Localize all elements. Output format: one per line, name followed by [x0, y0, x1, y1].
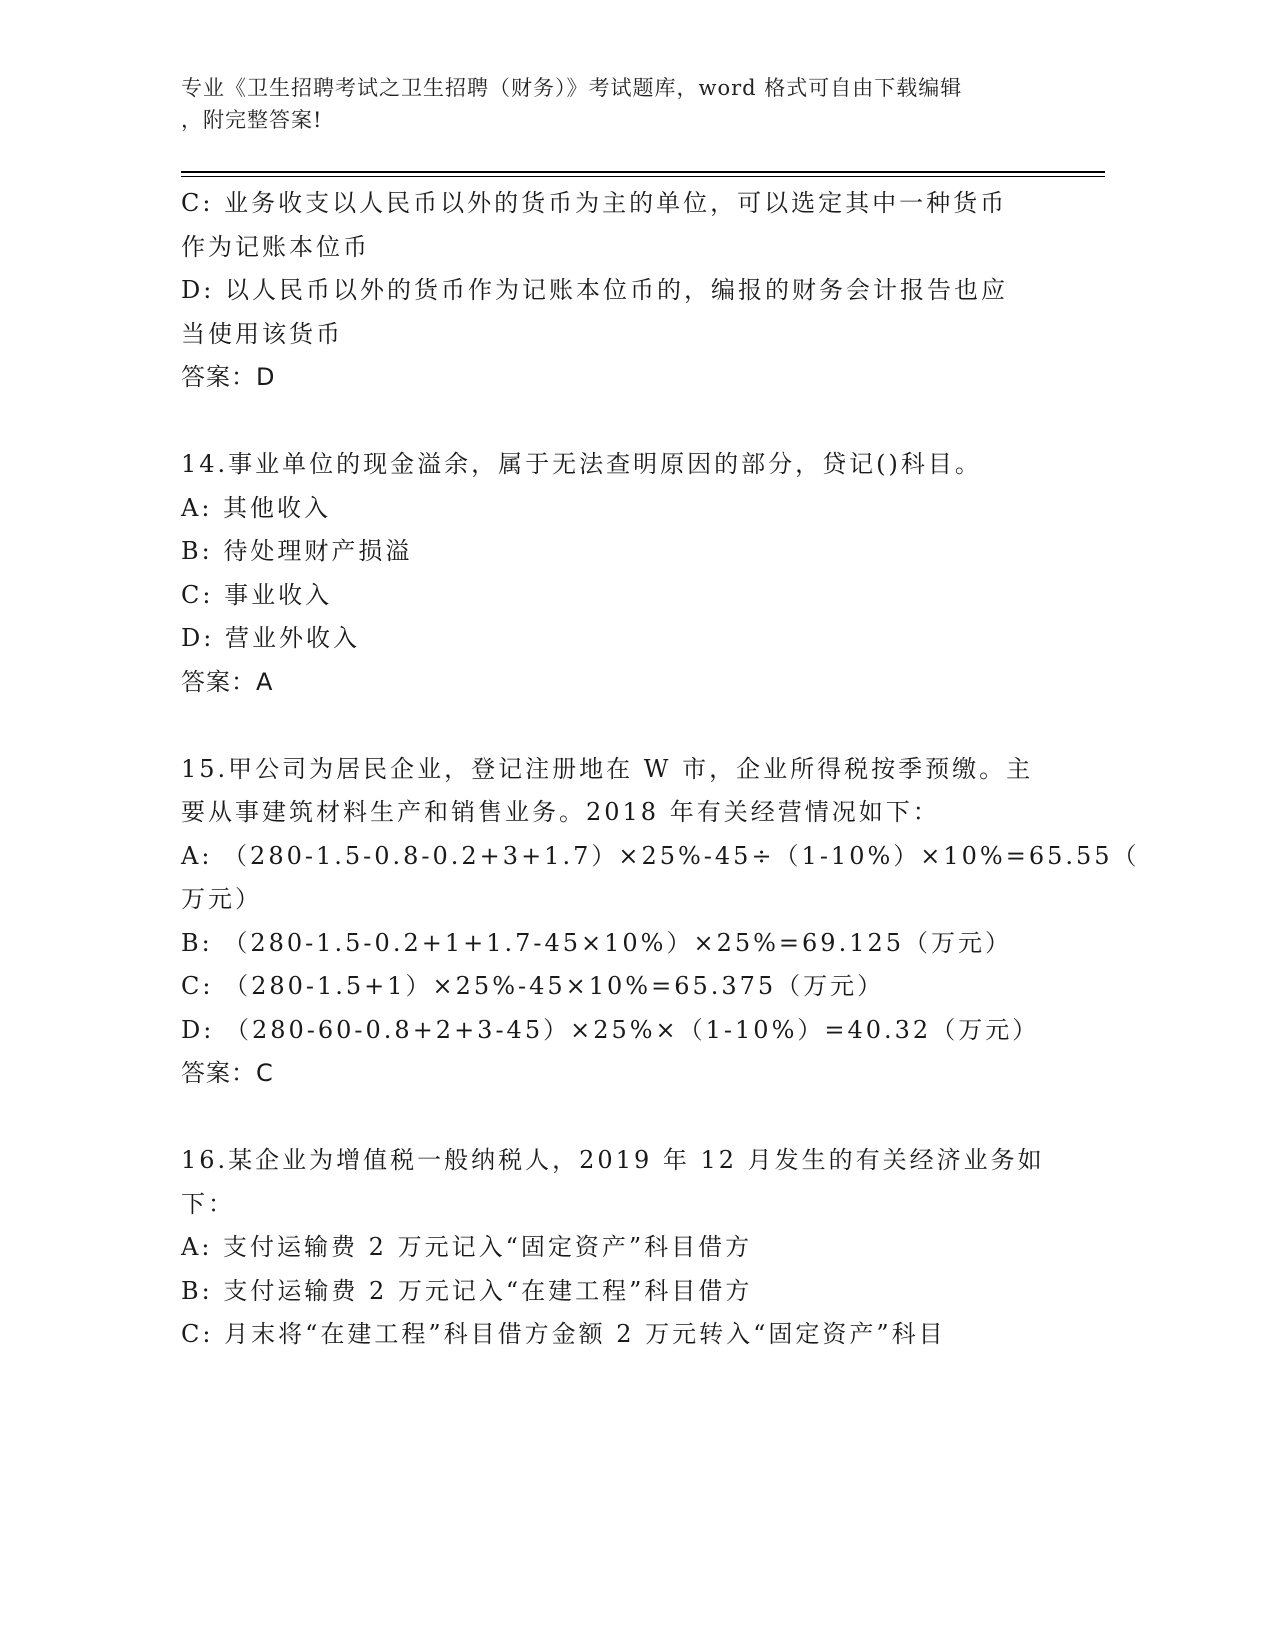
option-a: A: 其他收入 — [181, 487, 1041, 531]
spacer — [181, 1096, 1041, 1140]
option-c: C: 事业收入 — [181, 574, 1041, 618]
option-d: D: （280-60-0.8+2+3-45）×25%×（1-10%）=40.32… — [181, 1009, 1041, 1053]
spacer — [181, 704, 1041, 748]
header-line-1: 专业《卫生招聘考试之卫生招聘（财务）》考试题库，word 格式可自由下载编辑 — [181, 72, 1061, 104]
spacer — [181, 400, 1041, 444]
question-stem-line-1: 15.甲公司为居民企业，登记注册地在 W 市，企业所得税按季预缴。主 — [181, 748, 1041, 792]
question-stem-line-2: 下： — [181, 1183, 1041, 1227]
header-rule-thin — [181, 176, 1105, 177]
header-line-2: ，附完整答案! — [181, 104, 1061, 136]
question-stem-line-1: 16.某企业为增值税一般纳税人，2019 年 12 月发生的有关经济业务如 — [181, 1139, 1041, 1183]
question-15: 15.甲公司为居民企业，登记注册地在 W 市，企业所得税按季预缴。主 要从事建筑… — [181, 748, 1041, 1096]
question-13-tail: C: 业务收支以人民币以外的货币为主的单位，可以选定其中一种货币 作为记账本位币… — [181, 182, 1041, 400]
option-c: C: （280-1.5+1）×25%-45×10%=65.375（万元） — [181, 965, 1041, 1009]
option-c-line-2: 作为记账本位币 — [181, 226, 1041, 270]
option-b: B: 支付运输费 2 万元记入“在建工程”科目借方 — [181, 1270, 1041, 1314]
option-a-line-2: 万元） — [181, 878, 1041, 922]
option-d: D: 营业外收入 — [181, 617, 1041, 661]
option-b: B: （280-1.5-0.2+1+1.7-45×10%）×25%=69.125… — [181, 922, 1041, 966]
question-16: 16.某企业为增值税一般纳税人，2019 年 12 月发生的有关经济业务如 下：… — [181, 1139, 1041, 1357]
document-header: 专业《卫生招聘考试之卫生招聘（财务）》考试题库，word 格式可自由下载编辑 ，… — [181, 72, 1061, 136]
question-14: 14.事业单位的现金溢余，属于无法查明原因的部分，贷记()科目。 A: 其他收入… — [181, 443, 1041, 704]
answer: 答案：D — [181, 356, 1041, 400]
answer: 答案：C — [181, 1052, 1041, 1096]
option-a: A: 支付运输费 2 万元记入“固定资产”科目借方 — [181, 1226, 1041, 1270]
document-body: C: 业务收支以人民币以外的货币为主的单位，可以选定其中一种货币 作为记账本位币… — [181, 182, 1041, 1357]
option-d-line-2: 当使用该货币 — [181, 313, 1041, 357]
option-c: C: 月末将“在建工程”科目借方金额 2 万元转入“固定资产”科目 — [181, 1313, 1041, 1357]
question-stem-line-2: 要从事建筑材料生产和销售业务。2018 年有关经营情况如下： — [181, 791, 1041, 835]
question-stem: 14.事业单位的现金溢余，属于无法查明原因的部分，贷记()科目。 — [181, 443, 1041, 487]
option-c-line-1: C: 业务收支以人民币以外的货币为主的单位，可以选定其中一种货币 — [181, 182, 1041, 226]
option-a-line-1: A: （280-1.5-0.8-0.2+3+1.7）×25%-45÷（1-10%… — [181, 835, 1041, 879]
option-d-line-1: D: 以人民币以外的货币作为记账本位币的，编报的财务会计报告也应 — [181, 269, 1041, 313]
option-b: B: 待处理财产损溢 — [181, 530, 1041, 574]
answer: 答案：A — [181, 661, 1041, 705]
header-rule-thick — [181, 171, 1105, 173]
